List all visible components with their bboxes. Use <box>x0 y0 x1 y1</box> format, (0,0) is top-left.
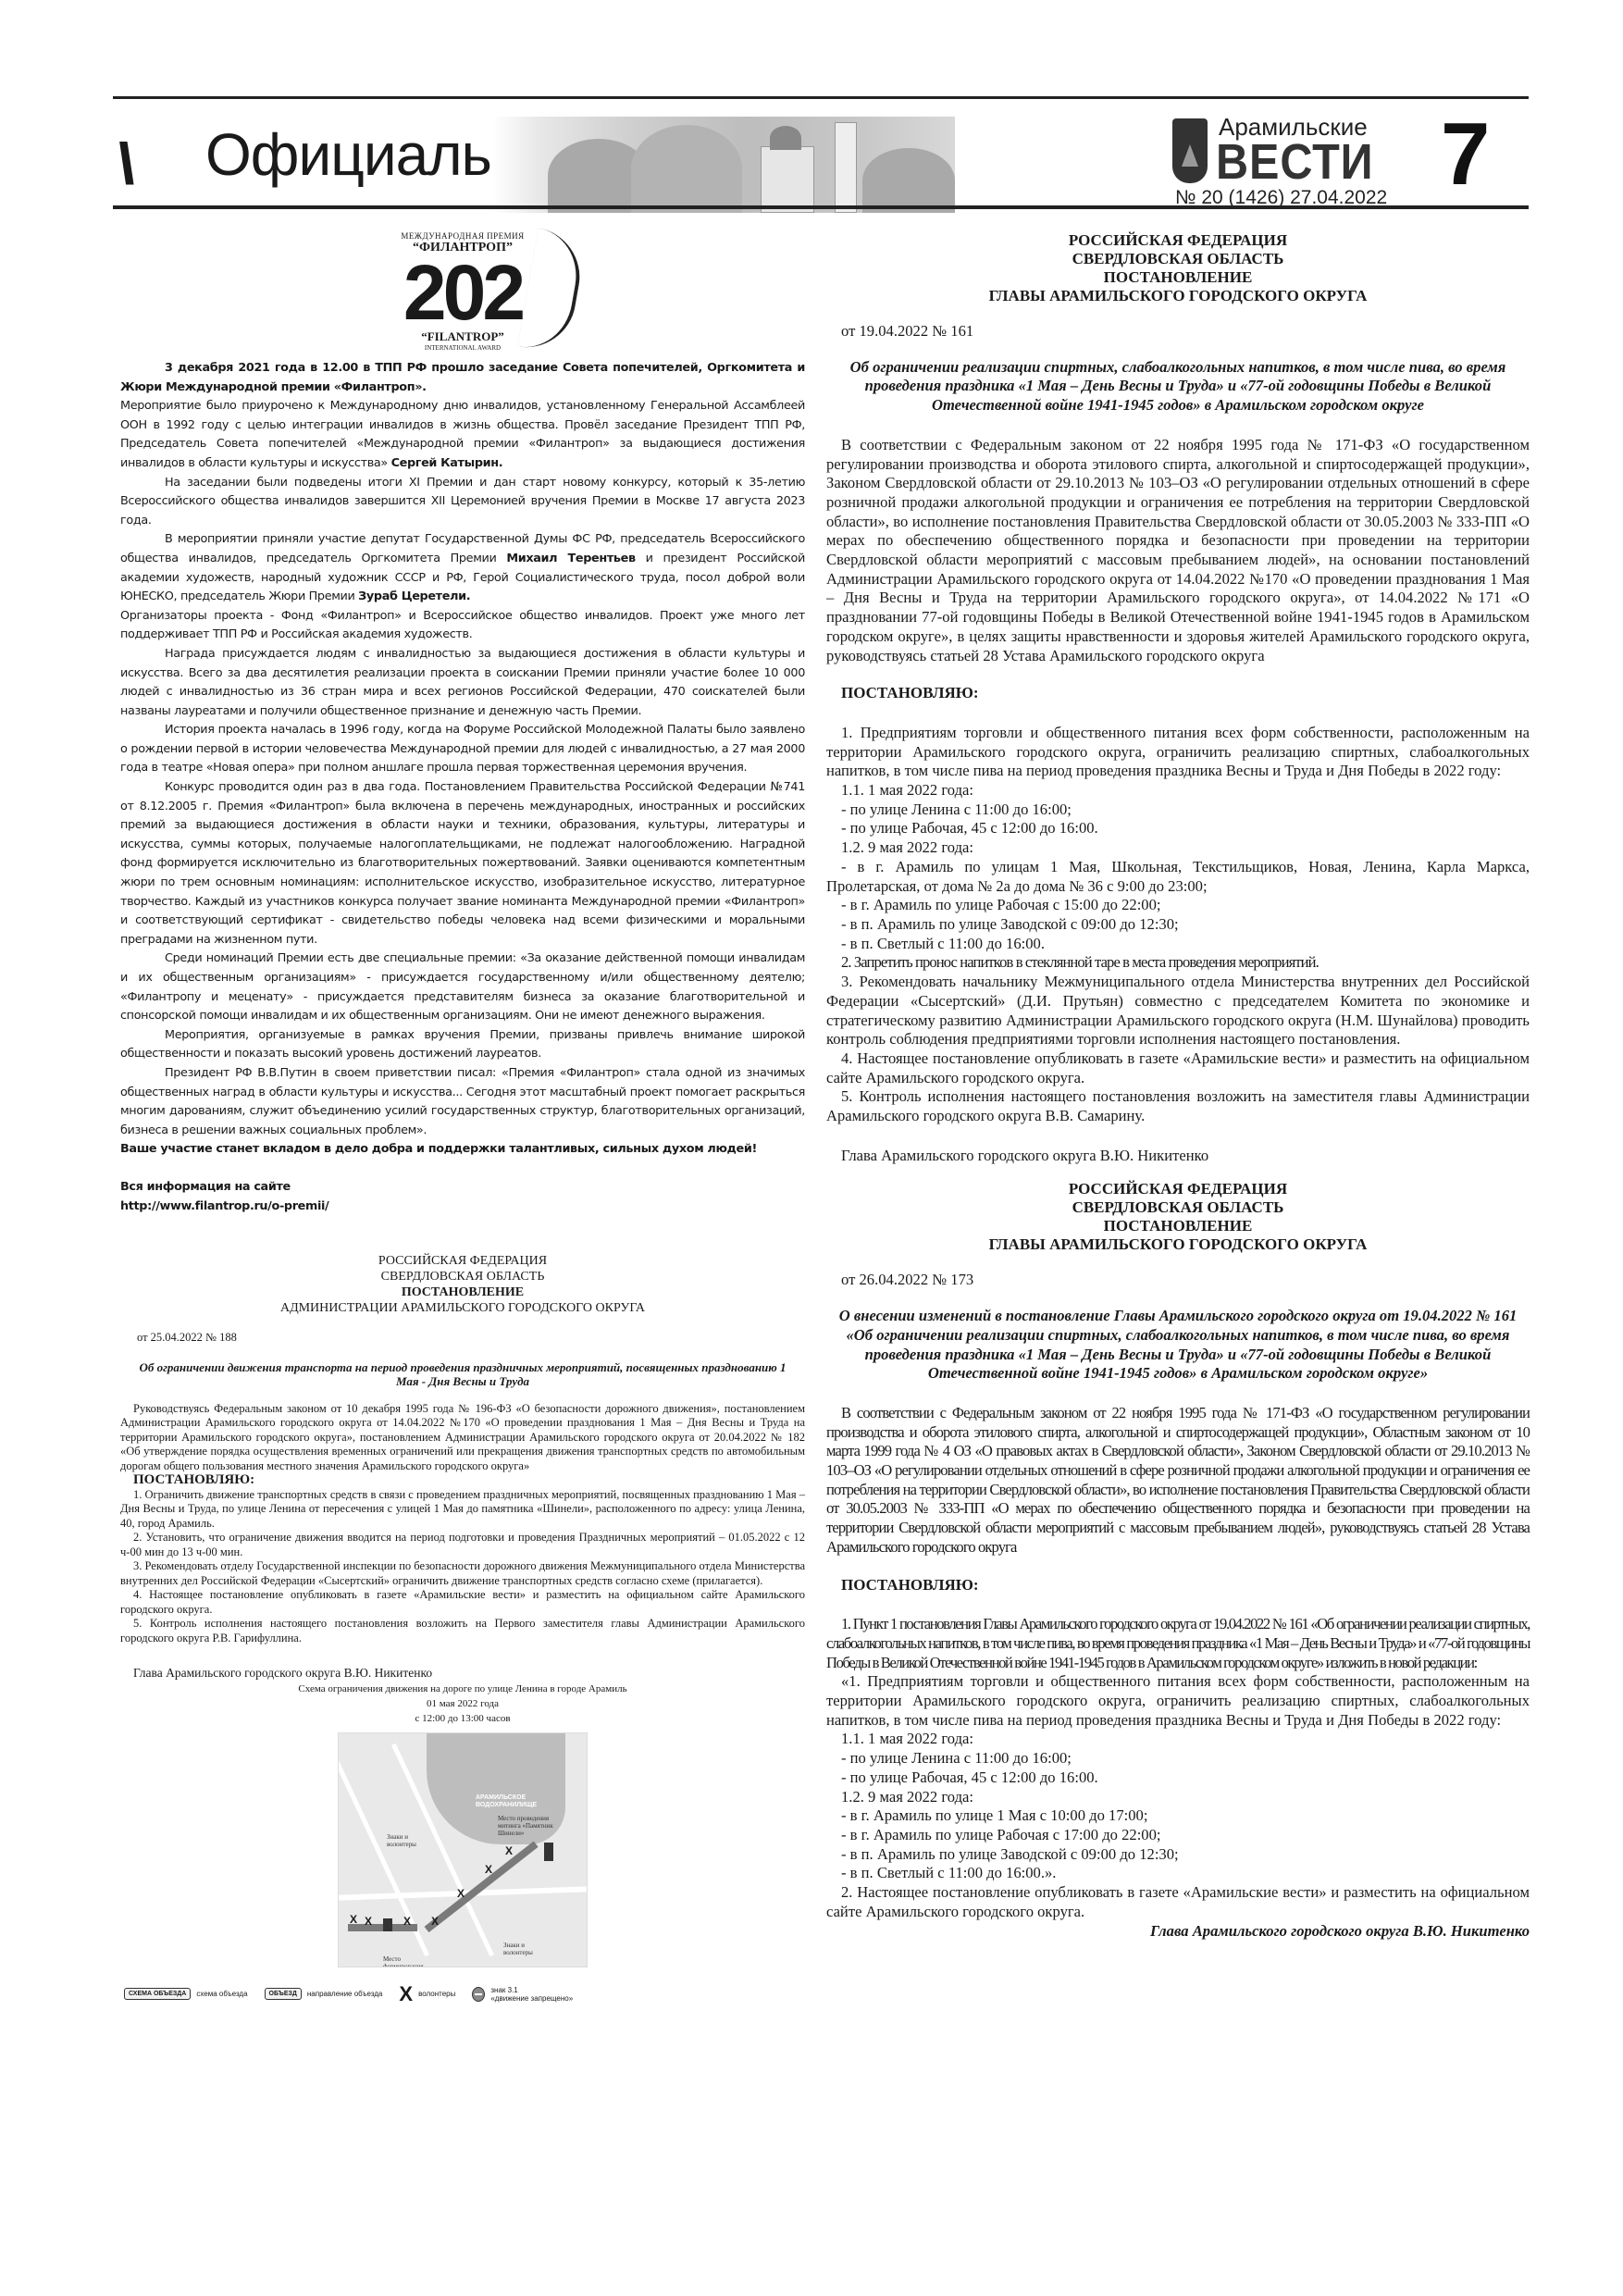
decree-item: 2. Настоящее постановление опубликовать … <box>826 1883 1530 1921</box>
logo-subtitle: МЕЖДУНАРОДНАЯ ПРЕМИЯ <box>120 231 805 241</box>
label-signs-volunteers: Знаки и волонтеры <box>387 1833 424 1848</box>
closed-route <box>425 1841 539 1932</box>
double-slash-icon: \\ <box>119 131 124 197</box>
decree-header-line: ГЛАВЫ АРАМИЛЬСКОГО ГОРОДСКОГО ОКРУГА <box>826 287 1530 305</box>
decree-item: 5. Контроль исполнения настоящего постан… <box>120 1617 805 1645</box>
decree-title: Об ограничении движения транспорта на пе… <box>139 1360 787 1389</box>
decree-header-line: АДМИНИСТРАЦИИ АРАМИЛЬСКОГО ГОРОДСКОГО ОК… <box>120 1300 805 1316</box>
legend-text: схема объезда <box>196 1990 247 1998</box>
decree-resolve: ПОСТАНОВЛЯЮ: <box>120 1473 805 1488</box>
scheme-map: АРАМИЛЬСКОЕ ВОДОХРАНИЛИЩЕ Место проведен… <box>338 1732 588 1967</box>
decree-item: 1. Ограничить движение транспортных сред… <box>120 1488 805 1532</box>
decree-item: 4. Настоящее постановление опубликовать … <box>826 1049 1530 1087</box>
decree-line: - в п. Светлый с 11:00 до 16:00. <box>826 935 1530 954</box>
decree-item: 3. Рекомендовать отделу Государственной … <box>120 1559 805 1588</box>
decree-date: от 25.04.2022 № 188 <box>120 1331 805 1346</box>
label-rally-place: Место проведения митинга «Памятник Шинел… <box>498 1815 563 1837</box>
decree-line: - в п. Светлый с 11:00 до 16:00.». <box>826 1864 1530 1883</box>
article-paragraph: Среди номинаций Премии есть две специаль… <box>120 949 805 1025</box>
decree-item: 1. Пункт 1 постановления Главы Арамильск… <box>826 1615 1530 1672</box>
right-column: РОССИЙСКАЯ ФЕДЕРАЦИЯ СВЕРДЛОВСКАЯ ОБЛАСТ… <box>826 231 1530 1941</box>
decree-item: 1. Предприятиям торговли и общественного… <box>826 724 1530 781</box>
page-number: 7 <box>1441 104 1490 205</box>
decree-188: РОССИЙСКАЯ ФЕДЕРАЦИЯ СВЕРДЛОВСКАЯ ОБЛАСТ… <box>120 1253 805 1681</box>
decree-title: Об ограничении реализации спиртных, слаб… <box>826 358 1530 416</box>
decree-line: - по улице Ленина с 11:00 до 16:00; <box>826 800 1530 820</box>
header-bottom-rule <box>113 205 1529 209</box>
scheme-legend: СХЕМА ОБЪЕЗДАсхема объезда ОБЪЕЗДнаправл… <box>124 1982 805 2006</box>
decree-resolve: ПОСТАНОВЛЯЮ: <box>826 1576 1530 1595</box>
scheme-time: с 12:00 до 13:00 часов <box>120 1712 805 1725</box>
decree-preamble: Руководствуясь Федеральным законом от 10… <box>120 1402 805 1474</box>
filantrop-article: 3 декабря 2021 года в 12.00 в ТПП РФ про… <box>120 359 805 1216</box>
decree-line: - по улице Рабочая, 45 с 12:00 до 16:00. <box>826 1769 1530 1788</box>
volunteer-x-icon: X <box>399 1982 413 2006</box>
decree-signature: Глава Арамильского городского округа В.Ю… <box>120 1666 805 1681</box>
decree-resolve: ПОСТАНОВЛЯЮ: <box>826 684 1530 703</box>
legend-text: знак 3.1 <box>490 1986 517 1994</box>
article-lead: 3 декабря 2021 года в 12.00 в ТПП РФ про… <box>120 361 805 394</box>
article-paragraph: Конкурс проводится один раз в два года. … <box>120 778 805 949</box>
decree-line: 1.1. 1 мая 2022 года: <box>826 781 1530 800</box>
decree-header-line: СВЕРДЛОВСКАЯ ОБЛАСТЬ <box>826 250 1530 268</box>
article-paragraph: Награда присуждается людям с инвалидност… <box>120 645 805 721</box>
decree-173: РОССИЙСКАЯ ФЕДЕРАЦИЯ СВЕРДЛОВСКАЯ ОБЛАСТ… <box>826 1180 1530 1941</box>
article-paragraph: На заседании были подведены итоги XI Пре… <box>120 474 805 531</box>
decree-line: - в г. Арамиль по улице 1 Мая с 10:00 до… <box>826 1806 1530 1826</box>
decree-item: 2. Установить, что ограничение движения … <box>120 1531 805 1559</box>
decree-header-line: РОССИЙСКАЯ ФЕДЕРАЦИЯ <box>826 231 1530 250</box>
header-photo-church <box>492 117 955 213</box>
page-header: \\ Официально Арамильские ВЕСТИ № 20 (14… <box>113 102 1529 204</box>
label-signs-volunteers: Знаки и волонтеры <box>503 1942 540 1956</box>
left-column: МЕЖДУНАРОДНАЯ ПРЕМИЯ “ФИЛАНТРОП” 202 “FI… <box>120 231 805 2006</box>
logo-award-en: INTERNATIONAL AWARD <box>120 344 805 352</box>
article-name-terentiev: Михаил Терентьев <box>506 552 635 565</box>
decree-line: - в г. Арамиль по улице Рабочая с 15:00 … <box>826 896 1530 915</box>
decree-quoted-item: «1. Предприятиям торговли и общественног… <box>826 1672 1530 1730</box>
article-paragraph: Организаторы проекта - Фонд «Филантроп» … <box>120 607 805 645</box>
decree-preamble: В соответствии с Федеральным законом от … <box>826 436 1530 665</box>
decree-line: - в п. Арамиль по улице Заводской с 09:0… <box>826 1845 1530 1865</box>
decree-line: 1.2. 9 мая 2022 года: <box>826 838 1530 858</box>
decree-header-line: РОССИЙСКАЯ ФЕДЕРАЦИЯ <box>826 1180 1530 1198</box>
legend-detour-box: ОБЪЕЗД <box>265 1988 302 2000</box>
decree-line: - по улице Ленина с 11:00 до 16:00; <box>826 1749 1530 1769</box>
article-paragraph: Мероприятия, организуемые в рамках вруче… <box>120 1026 805 1064</box>
article-paragraph: История проекта началась в 1996 году, ко… <box>120 721 805 778</box>
label-column-place: Место формирования колонны <box>383 1955 420 1967</box>
decree-item: 3. Рекомендовать начальнику Межмуниципал… <box>826 973 1530 1049</box>
rally-marker <box>544 1843 553 1861</box>
decree-preamble: В соответствии с Федеральным законом от … <box>826 1404 1530 1558</box>
decree-header-line: ПОСТАНОВЛЕНИЕ <box>120 1285 805 1300</box>
decree-header-line: СВЕРДЛОВСКАЯ ОБЛАСТЬ <box>826 1198 1530 1217</box>
scheme-caption: Схема ограничения движения на дороге по … <box>120 1682 805 1695</box>
info-label: Вся информация на сайте <box>120 1180 291 1194</box>
header-top-rule <box>113 96 1529 99</box>
decree-item: 4. Настоящее постановление опубликовать … <box>120 1588 805 1617</box>
decree-signature: Глава Арамильского городского округа В.Ю… <box>826 1147 1530 1166</box>
decree-header-line: СВЕРДЛОВСКАЯ ОБЛАСТЬ <box>120 1269 805 1285</box>
legend-text: направление объезда <box>307 1990 383 1998</box>
decree-line: - в г. Арамиль по улице Рабочая с 17:00 … <box>826 1826 1530 1845</box>
traffic-scheme: Схема ограничения движения на дороге по … <box>120 1682 805 2006</box>
decree-line: 1.2. 9 мая 2022 года: <box>826 1788 1530 1807</box>
column-marker <box>383 1918 392 1931</box>
decree-header-line: ПОСТАНОВЛЕНИЕ <box>826 1217 1530 1235</box>
no-entry-sign-icon <box>472 1987 485 2002</box>
article-name-tsereteli: Зураб Церетели. <box>358 590 470 603</box>
coat-of-arms-icon <box>1172 118 1208 183</box>
legend-text: волонтеры <box>418 1990 455 1998</box>
decree-date: от 19.04.2022 № 161 <box>826 322 1530 341</box>
decree-line: - в п. Арамиль по улице Заводской с 09:0… <box>826 915 1530 935</box>
legend-detour-scheme-box: СХЕМА ОБЪЕЗДА <box>124 1988 191 2000</box>
label-reservoir: АРАМИЛЬСКОЕ ВОДОХРАНИЛИЩЕ <box>476 1794 587 1809</box>
logo-name-en: “FILANTROP” <box>120 329 805 344</box>
newspaper-name-big: ВЕСТИ <box>1216 133 1374 191</box>
decree-161: РОССИЙСКАЯ ФЕДЕРАЦИЯ СВЕРДЛОВСКАЯ ОБЛАСТ… <box>826 231 1530 1165</box>
decree-signature: Глава Арамильского городского округа В.Ю… <box>826 1922 1530 1942</box>
article-call-to-action: Ваше участие станет вкладом в дело добра… <box>120 1142 757 1156</box>
decree-item: 5. Контроль исполнения настоящего постан… <box>826 1087 1530 1125</box>
decree-header-line: РОССИЙСКАЯ ФЕДЕРАЦИЯ <box>120 1253 805 1269</box>
filantrop-logo: МЕЖДУНАРОДНАЯ ПРЕМИЯ “ФИЛАНТРОП” 202 “FI… <box>120 231 805 352</box>
decree-item: 2. Запретить пронос напитков в стеклянно… <box>826 953 1530 973</box>
decree-date: от 26.04.2022 № 173 <box>826 1271 1530 1290</box>
decree-title: О внесении изменений в постановление Гла… <box>826 1307 1530 1384</box>
decree-line: - по улице Рабочая, 45 с 12:00 до 16:00. <box>826 819 1530 838</box>
decree-line: - в г. Арамиль по улицам 1 Мая, Школьная… <box>826 858 1530 896</box>
logo-year: 202 <box>120 255 805 329</box>
article-paragraph: Президент РФ В.В.Путин в своем приветств… <box>120 1064 805 1140</box>
legend-text: «движение запрещено» <box>490 1994 573 2003</box>
scheme-date: 01 мая 2022 года <box>120 1697 805 1710</box>
article-name-katyrin: Сергей Катырин. <box>391 456 503 470</box>
decree-line: 1.1. 1 мая 2022 года: <box>826 1730 1530 1749</box>
decree-header-line: ГЛАВЫ АРАМИЛЬСКОГО ГОРОДСКОГО ОКРУГА <box>826 1235 1530 1254</box>
decree-header-line: ПОСТАНОВЛЕНИЕ <box>826 268 1530 287</box>
filantrop-website-link[interactable]: http://www.filantrop.ru/o-premii/ <box>120 1199 328 1213</box>
